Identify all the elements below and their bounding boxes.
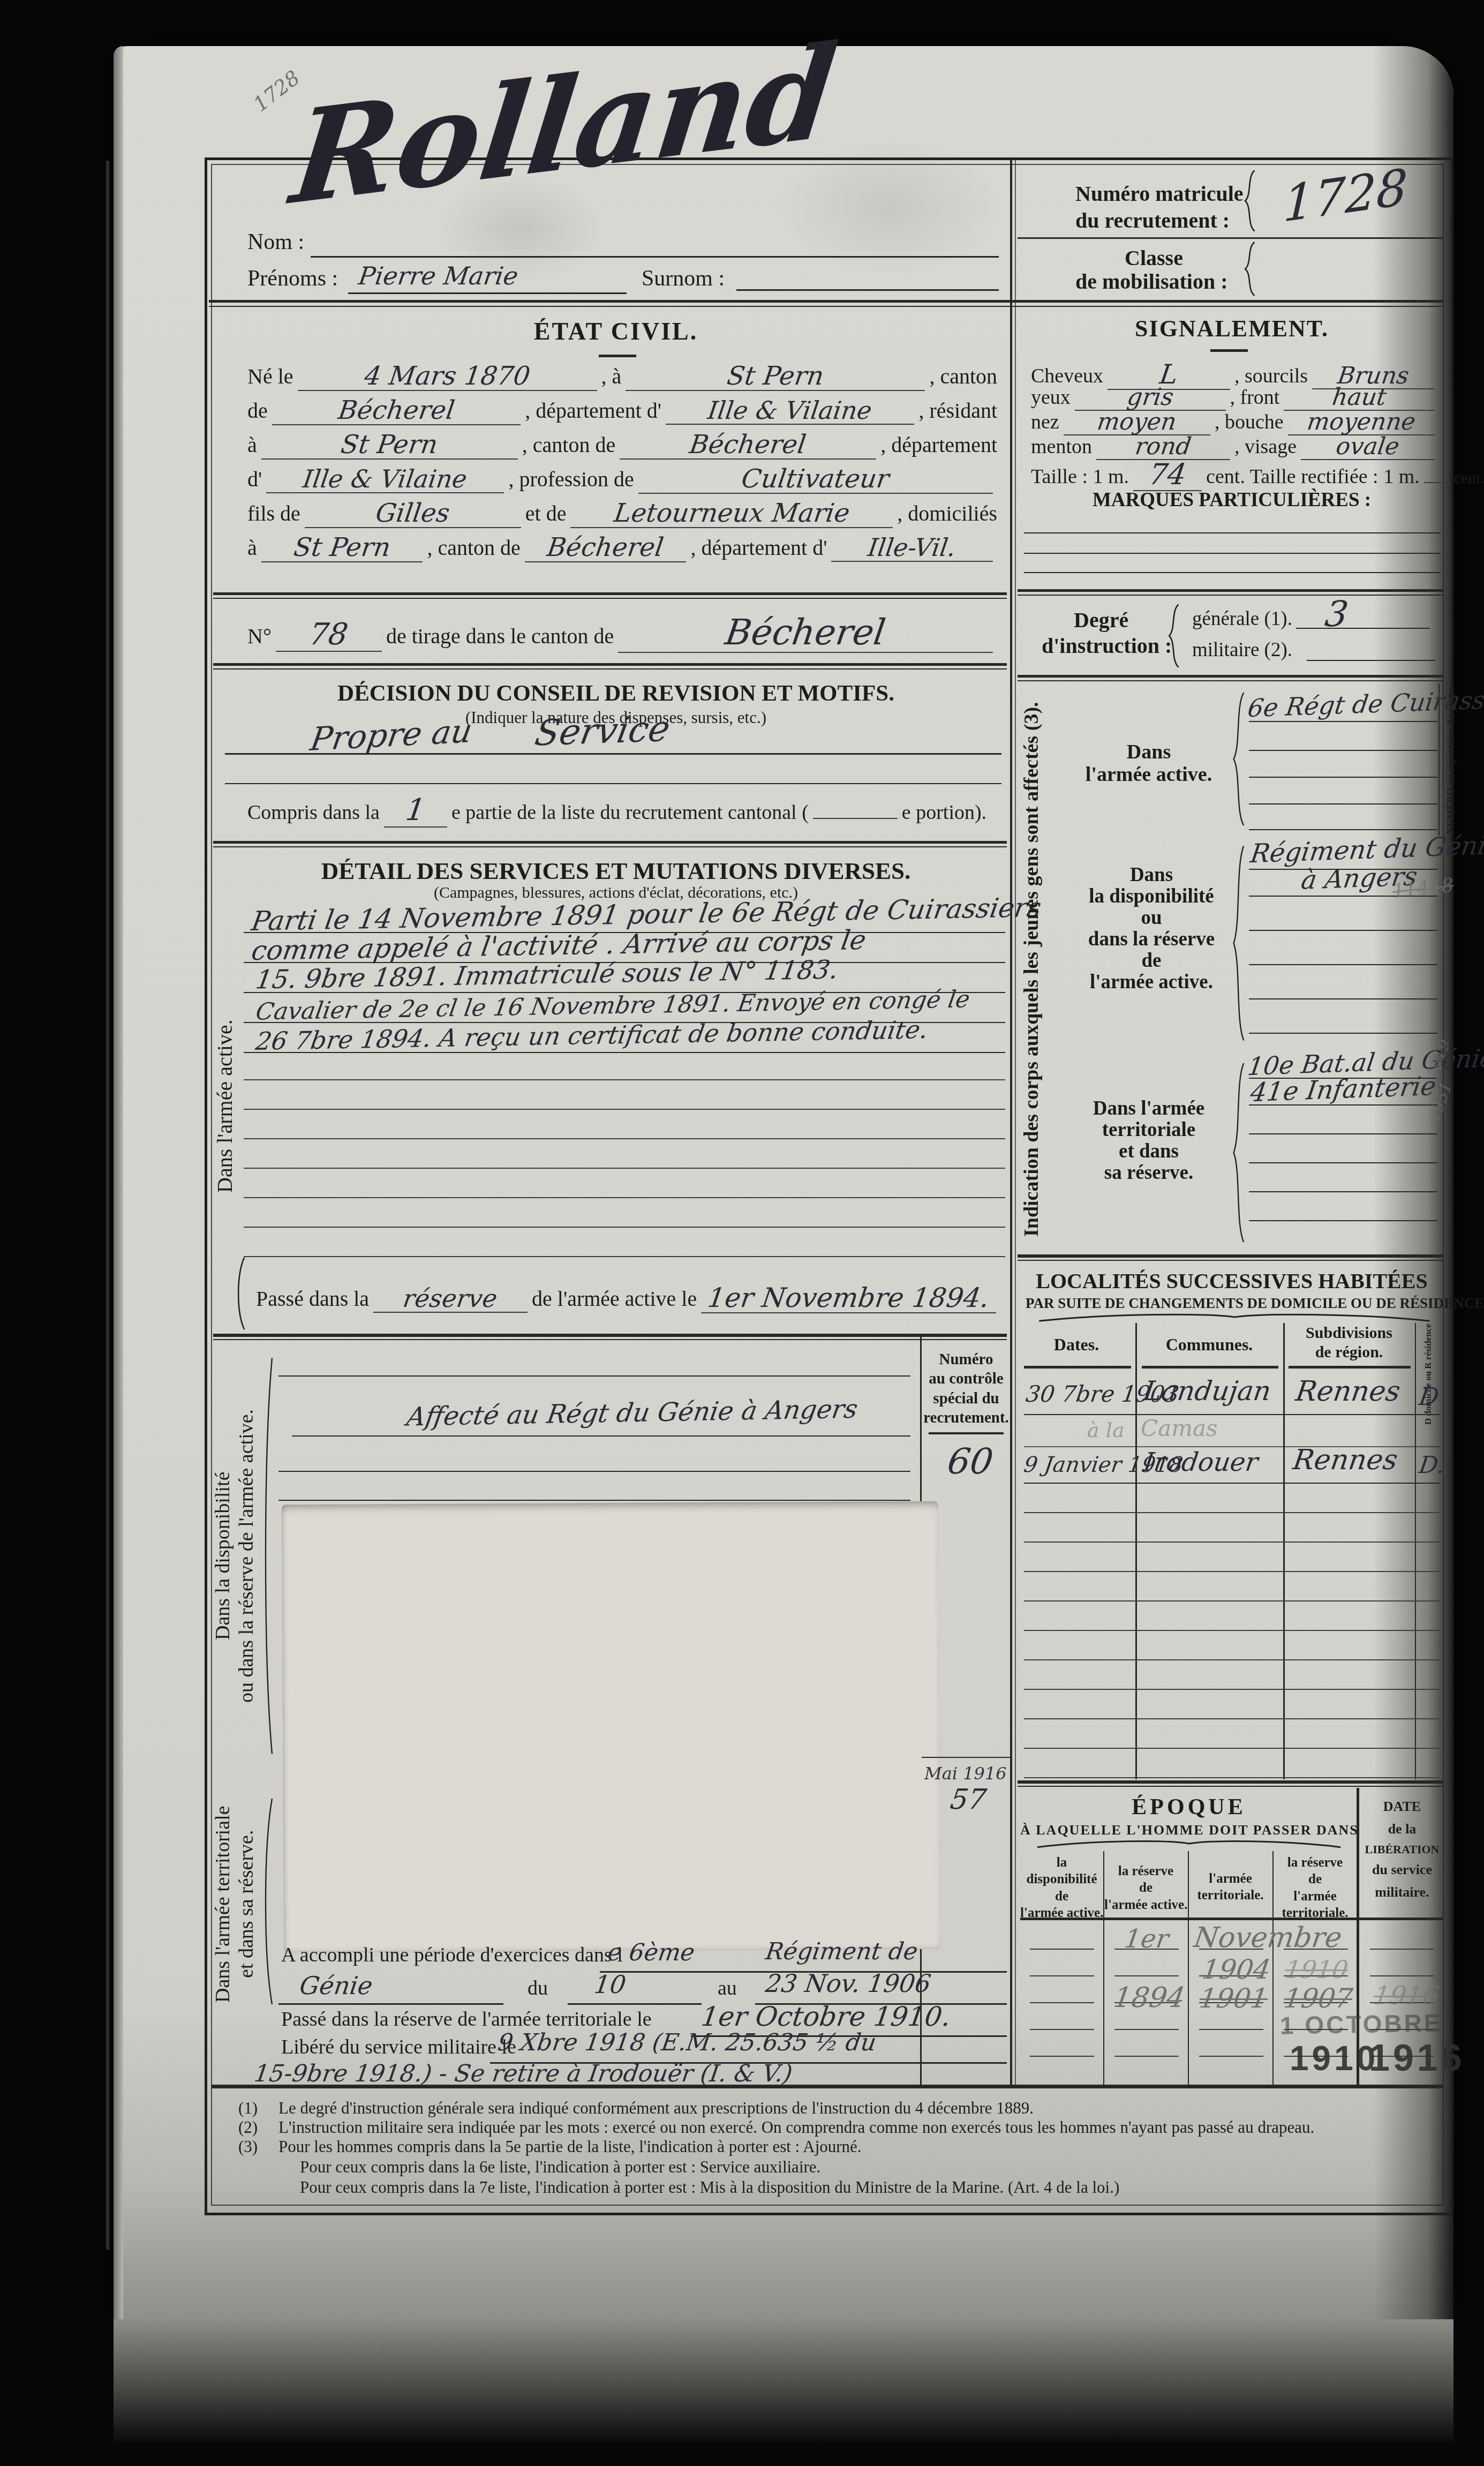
surnom-label: Surnom : [642, 266, 725, 291]
ec-l1-pre: Né le [247, 364, 293, 389]
section-rule-inner [213, 1339, 1007, 1340]
degre-label-2: d'instruction : [1042, 633, 1172, 658]
ec-l1-mid: , à [601, 364, 622, 389]
subcol-cell-divider [922, 1757, 1011, 1758]
passe-seg2: 1er Novembre 1894. [701, 1281, 996, 1313]
ec-l4-mid: , profession de [508, 467, 634, 492]
fn-text-3: Pour les hommes compris dans la 5e parti… [278, 2137, 862, 2156]
ec-l6-seg2: Bécherel [525, 531, 687, 562]
compris-seg2 [813, 818, 898, 819]
loc-r3-subdiv: Rennes [1291, 1444, 1400, 1476]
loc-head-rule [1024, 1366, 1131, 1369]
c3-line [1249, 1133, 1437, 1134]
svc-blank-lines [244, 1051, 1005, 1262]
epo-c4-l1: la réserve [1274, 1854, 1357, 1871]
degre-gen-line [1296, 628, 1430, 629]
fn-text-4: Pour ceux compris dans la 6e liste, l'in… [300, 2157, 820, 2177]
epo-hw-1894: 1894 [1112, 1982, 1187, 2014]
section-rule-inner [213, 846, 1007, 847]
front-label: , front [1230, 386, 1280, 409]
ec-l5-post: , domiciliés [897, 501, 997, 526]
matricule-label-1: Numéro matricule [1075, 181, 1244, 206]
numero-controle-l2: au contrôle [923, 1369, 1009, 1388]
loc-header-subdiv-1: Subdivisions [1287, 1324, 1411, 1342]
decision-title: DÉCISION DU CONSEIL DE REVISION ET MOTIF… [278, 680, 953, 706]
ec-l3-pre: à [247, 432, 257, 457]
tirage-line: N° 78 de tirage dans le canton de Bécher… [247, 611, 997, 653]
horizontal-brace-icon [1031, 1311, 1438, 1323]
bouche-label: , bouche [1215, 410, 1284, 434]
loc-empty-rows [1024, 1484, 1440, 1779]
passe-terr-value: 1er Octobre 1910. [699, 2001, 953, 2032]
c2-line [1249, 998, 1437, 999]
corps-c2-label-6: l'armée active. [1071, 971, 1232, 994]
ec-l1-seg1: 4 Mars 1870 [298, 360, 597, 391]
title-dash [1210, 349, 1248, 352]
compris-line: Compris dans la 1 e partie de la liste d… [247, 792, 997, 828]
c3-line [1249, 1191, 1437, 1192]
pasted-paper-patch [282, 1501, 940, 1952]
ec-l6-mid: , canton de [427, 535, 520, 560]
marques-line-2 [1024, 553, 1441, 554]
c3-line [1249, 1220, 1437, 1221]
periode-pre: A accompli une période d'exercices dans … [281, 1943, 623, 1967]
epo-hw-1er: 1er [1123, 1924, 1171, 1954]
ec-l2-mid: , département d' [525, 398, 661, 423]
c3-line [1249, 1104, 1437, 1106]
section-rule-inner [1018, 595, 1444, 596]
epo-c2-l1: la réserve [1104, 1863, 1187, 1879]
epo-c1-l3: de [1020, 1888, 1103, 1905]
fn-marker-3: (3) [238, 2137, 258, 2156]
degre-mil-label: militaire (2). [1192, 638, 1292, 661]
ec-l3-mid: , canton de [522, 432, 615, 457]
decision-line-1 [225, 753, 1001, 755]
ec-l4-seg1: Ille & Vilaine [266, 463, 504, 493]
marques-line-1 [1024, 532, 1441, 533]
fn-text-1: Le degré d'instruction générale sera ind… [278, 2099, 1034, 2118]
c2-line [1249, 1033, 1437, 1034]
c1-line [1249, 721, 1437, 722]
ec-l5-seg1: Gilles [305, 497, 521, 528]
compris-seg1: 1 [384, 792, 447, 828]
corps-side-label: Indication des corps auxquels les jeunes… [1019, 691, 1044, 1248]
numero-controle-header: Numéro au contrôle spécial du recrutemen… [923, 1350, 1009, 1427]
stamp-1916: 1916 [1369, 2036, 1465, 2079]
classe-label-1: Classe [1125, 245, 1183, 270]
epo-c3-l1: l'armée [1189, 1870, 1272, 1887]
paren-icon [260, 1350, 273, 1762]
etat-civil-title: ÉTAT CIVIL. [428, 317, 803, 345]
periode2-du: du [528, 1976, 548, 2000]
side-label-terr-1: Dans l'armée territoriale [211, 1792, 235, 2017]
ec-l5-mid: et de [525, 501, 567, 526]
corps-c1-label-1: Dans [1071, 740, 1226, 764]
classe-label-2: de mobilisation : [1075, 269, 1227, 294]
decision-line-2 [225, 783, 1001, 784]
nom-label: Nom : [247, 229, 304, 255]
paren-icon [260, 1794, 273, 2009]
section-rule-inner [1018, 1260, 1444, 1261]
epo-c1-l1: la [1020, 1854, 1103, 1871]
section-rule [1018, 675, 1444, 678]
fn-marker-1: (1) [238, 2099, 258, 2118]
passe-reserve-line: Passé dans la réserve de l'armée active … [256, 1281, 1000, 1313]
marques-title: MARQUES PARTICULIÈRES : [1050, 488, 1414, 512]
taille-label: Taille : 1 m. [1031, 465, 1129, 488]
matricule-label-2: du recrutement : [1075, 208, 1230, 233]
c1-line [1249, 750, 1437, 751]
res-line-2 [292, 1435, 910, 1437]
loc-r1-commune: Landujan [1142, 1375, 1273, 1407]
matricule-line [1018, 237, 1444, 239]
epo-d-l2: de la [1360, 1818, 1444, 1840]
prenoms-label: Prénoms : [247, 266, 338, 291]
ec-line-3: à St Pern , canton de Bécherel , départe… [247, 428, 997, 460]
fn-text-5: Pour ceux compris dans la 7e liste, l'in… [300, 2178, 1119, 2197]
ec-l2-pre: de [247, 398, 268, 423]
epo-hw-1901: 1901 [1197, 1983, 1270, 2014]
periode2-au: au [718, 1976, 737, 2000]
page-curl-shadow [114, 2319, 1453, 2442]
menton-label: menton [1031, 435, 1092, 458]
stamp-1910: 1910 [1290, 2039, 1378, 2078]
loc-head-rule [1142, 1366, 1278, 1369]
ec-l6-mid2: , département d' [690, 535, 827, 560]
epo-col1-header: la disponibilité de l'armée active. [1020, 1854, 1103, 1921]
loc-head-rule [1289, 1366, 1411, 1369]
ec-l3-post: , département [880, 432, 997, 457]
page-edge [106, 161, 109, 2250]
epo-c1-lines [1030, 1923, 1094, 2078]
loc-r3-dr: D. [1417, 1452, 1447, 1479]
epo-col2-header: la réserve de l'armée active. [1104, 1863, 1187, 1913]
bottom-thick-rule [212, 2085, 1444, 2088]
periode2-line1 [278, 2003, 503, 2005]
section-rule [213, 841, 1007, 844]
epo-d-l4: du service [1360, 1859, 1444, 1881]
loc-r1-subdiv: Rennes [1294, 1375, 1403, 1408]
column-divider-inner [1015, 159, 1016, 2085]
ec-l1-seg2: St Pern [626, 360, 925, 391]
ec-line-2: de Bécherel , département d' Ille & Vila… [247, 394, 997, 425]
passe-pre: Passé dans la [256, 1286, 369, 1311]
c1-line [1249, 803, 1437, 805]
epo-c1-l2: disponibilité [1020, 1871, 1103, 1888]
corps-c3-label-3: et dans [1066, 1140, 1232, 1163]
section-rule [1018, 1780, 1444, 1784]
epoque-title: ÉPOQUE [1020, 1794, 1358, 1820]
side-label-dispo-2: ou dans la réserve de l'armée active. [235, 1344, 258, 1768]
section-rule-inner [213, 598, 1007, 599]
sig-row-5: Taille : 1 m. 74 cent. Taille rectifiée … [1031, 456, 1439, 491]
ec-l6-pre: à [247, 535, 257, 560]
periode2-v1: Génie [298, 1971, 374, 2000]
section-rule [1018, 1254, 1444, 1258]
section-rule-inner [213, 668, 1007, 670]
periode2-line2 [568, 2003, 702, 2005]
brace-icon [1242, 241, 1256, 297]
loc-r3-commune: Irodouer [1142, 1447, 1260, 1477]
ec-line-6: à St Pern , canton de Bécherel , départe… [247, 531, 997, 562]
taille-rect-label: cent. Taille rectifiée : 1 m. [1206, 465, 1420, 488]
epo-hw-novembre: Novembre [1192, 1922, 1344, 1954]
c1-line [1249, 777, 1437, 778]
epo-hw-1907: 1907 [1282, 1983, 1354, 2014]
section-rule [213, 663, 1007, 666]
prenoms-value: Pierre Marie [357, 261, 520, 290]
libere-value: 9 Xbre 1918 (E.M. 25.635 ½ du [496, 2029, 878, 2056]
corps-c2-label-1: Dans [1076, 863, 1226, 886]
section-rule-inner [209, 306, 1444, 307]
ec-line-4: d' Ille & Vilaine , profession de Cultiv… [247, 463, 997, 494]
taille-seg: 74 [1133, 456, 1202, 491]
numero-controle-l4: recrutement. [923, 1408, 1009, 1427]
ec-l2-post: , résidant [918, 398, 997, 423]
horizontal-brace-icon [1031, 1838, 1347, 1849]
corps-c2-label-2: la disponibilité [1071, 885, 1232, 908]
loc-row-line [1024, 1414, 1440, 1415]
c3-line [1249, 1162, 1437, 1163]
periode-v2: Régiment de [764, 1938, 920, 1965]
loc-r1-dr: D [1417, 1382, 1441, 1411]
nez-label: nez [1031, 410, 1059, 434]
ec-l3-seg2: Bécherel [620, 428, 876, 460]
ec-l5-seg2: Letourneux Marie [570, 497, 893, 528]
passe-terr-label: Passé dans la réserve de l'armée territo… [281, 2008, 652, 2031]
brace-icon [1166, 603, 1180, 668]
numero-controle-value: 60 [945, 1441, 996, 1482]
epo-c4-l2: de [1274, 1871, 1357, 1888]
fn-text-2: L'instruction militaire sera indiquée pa… [278, 2118, 1314, 2137]
decision-value-2: Service [532, 708, 673, 754]
epo-c2-l2: de [1104, 1879, 1187, 1896]
ec-line-5: fils de Gilles et de Letourneux Marie , … [247, 497, 997, 528]
ec-l2-seg2: Ille & Vilaine [666, 395, 914, 425]
surnom-line [736, 289, 999, 291]
degre-gen-label: générale (1). [1192, 607, 1292, 630]
passe-seg1: réserve [373, 1283, 528, 1313]
corps-c1-label-2: l'armée active. [1066, 763, 1232, 786]
loc-header-subdiv-2: de région. [1287, 1343, 1411, 1362]
degre-label-1: Degré [1074, 607, 1128, 633]
periode2-v2: 10 [592, 1970, 628, 1999]
numero-controle-rule [929, 1432, 1004, 1434]
ec-l2-seg1: Bécherel [272, 394, 521, 425]
compris-post: e portion). [902, 801, 986, 824]
stamp-1-octobre: 1 OCTOBRE [1280, 2008, 1443, 2040]
epo-hw-1916-struck: 1916 [1372, 1981, 1441, 2011]
localites-subtitle: PAR SUITE DE CHANGEMENTS DE DOMICILE OU … [1026, 1295, 1438, 1312]
controle-cell2-date: Mai 1916 [924, 1763, 1007, 1784]
title-dash [599, 355, 636, 357]
corps-c2-label-3: ou [1076, 906, 1226, 929]
brace-icon [1231, 690, 1246, 828]
column-divider [1010, 159, 1012, 2085]
epo-head-rule [1020, 1918, 1444, 1920]
periode-v1: e 6ème [606, 1939, 696, 1966]
loc-header-dates: Dates. [1023, 1335, 1130, 1355]
epo-hw-1910-struck: 1910 [1283, 1955, 1350, 1984]
brace-icon [1242, 169, 1256, 232]
corps-c2-label-4: dans la réserve [1071, 928, 1232, 951]
epoque-subtitle: À LAQUELLE L'HOMME DOIT PASSER DANS [1020, 1822, 1358, 1838]
libere-value-2: 15-9bre 1918.) - Se retire à Irodouër (I… [252, 2060, 794, 2087]
controle-cell2-value: 57 [948, 1784, 989, 1816]
tirage-canton-seg: Bécherel [618, 611, 993, 653]
c2-line [1249, 964, 1437, 965]
yeux-label: yeux [1031, 386, 1071, 409]
res-line-3 [278, 1471, 910, 1472]
c2-line [1249, 930, 1437, 931]
ec-l1-post: , canton [929, 364, 997, 389]
section-rule-inner [1018, 1786, 1444, 1787]
ec-l4-pre: d' [247, 467, 262, 492]
epo-date-header: DATE de la LIBÉRATION du service militai… [1360, 1795, 1444, 1904]
section-rule [209, 300, 1444, 303]
section-rule [213, 592, 1007, 595]
epo-col4-header: la réserve de l'armée territoriale. [1274, 1854, 1357, 1921]
nom-line [311, 256, 999, 258]
side-label-armee-active: Dans l'armée active. [212, 911, 237, 1302]
epo-c3-l2: territoriale. [1189, 1887, 1272, 1904]
periode2-v3: 23 Nov. 1906 [764, 1969, 933, 1998]
epo-c4-l3: l'armée [1274, 1888, 1357, 1905]
epo-hw-1904: 1904 [1200, 1954, 1272, 1985]
numero-controle-l1: Numéro [923, 1350, 1009, 1369]
corps-c2-label-5: de [1076, 949, 1226, 972]
epo-col3-header: l'armée territoriale. [1189, 1870, 1272, 1904]
epo-d-l3: LIBÉRATION [1360, 1840, 1444, 1859]
ec-l6-seg1: St Pern [261, 531, 423, 562]
ec-l5-pre: fils de [247, 501, 300, 526]
loc-r2-commune: Camas [1141, 1415, 1218, 1441]
epo-d-l5: militaire. [1360, 1881, 1444, 1904]
localites-title: LOCALITÉS SUCCESSIVES HABITÉES [1034, 1268, 1430, 1294]
services-title: DÉTAIL DES SERVICES ET MUTATIONS DIVERSE… [278, 857, 953, 885]
taille-rect-seg [1424, 482, 1450, 483]
compris-pre: Compris dans la [247, 801, 380, 824]
tirage-no-seg: 78 [276, 616, 382, 652]
ec-l4-seg2: Cultivateur [638, 463, 993, 494]
fn-marker-2: (2) [238, 2118, 258, 2137]
numero-controle-l3: spécial du [923, 1389, 1009, 1408]
libere-label: Libéré du service militaire le [281, 2035, 516, 2059]
section-rule [1018, 589, 1444, 592]
brace-icon [1231, 1059, 1246, 1246]
compris-mid: e partie de la liste du recrutement cant… [451, 801, 809, 824]
passe-mid: de l'armée active le [532, 1286, 697, 1311]
c1-line [1249, 829, 1437, 830]
ec-l6-seg3: Ille-Vil. [831, 532, 993, 562]
paren-icon [233, 1256, 245, 1331]
side-label-terr-2: et dans sa réserve. [235, 1792, 258, 2017]
epo-c2-l3: l'armée active. [1104, 1897, 1187, 1913]
epo-d-l1: DATE [1360, 1795, 1444, 1818]
tirage-text: de tirage dans le canton de [386, 623, 614, 649]
degre-mil-line [1307, 660, 1435, 661]
ec-l3-seg1: St Pern [261, 428, 518, 460]
ec-line-1: Né le 4 Mars 1870 , à St Pern , canton [247, 360, 997, 391]
corps-c3-label-2: territoriale [1066, 1118, 1232, 1141]
signalement-title: SIGNALEMENT. [1050, 315, 1414, 342]
side-label-dispo-1: Dans la disponibilité [211, 1344, 235, 1768]
res-line-4 [278, 1500, 910, 1501]
res-line-1 [278, 1375, 910, 1377]
marques-line-3 [1024, 572, 1441, 573]
brace-icon [1231, 842, 1246, 1044]
loc-r2-date: à la [1087, 1418, 1125, 1442]
section-rule-inner [1018, 680, 1444, 681]
prenoms-line [348, 292, 627, 294]
tirage-no-label: N° [247, 623, 272, 649]
loc-header-communes: Communes. [1141, 1335, 1278, 1355]
taille-cent-label: cent. [1454, 469, 1484, 487]
corps-c3-label-1: Dans l'armée [1066, 1097, 1232, 1120]
visage-label: , visage [1234, 435, 1297, 458]
section-rule [213, 1334, 1007, 1337]
scanned-register-photo: 1728 Rolland Nom : Prénoms : Pierre Mari… [0, 0, 1484, 2466]
corps-c3-label-4: sa réserve. [1066, 1161, 1232, 1184]
